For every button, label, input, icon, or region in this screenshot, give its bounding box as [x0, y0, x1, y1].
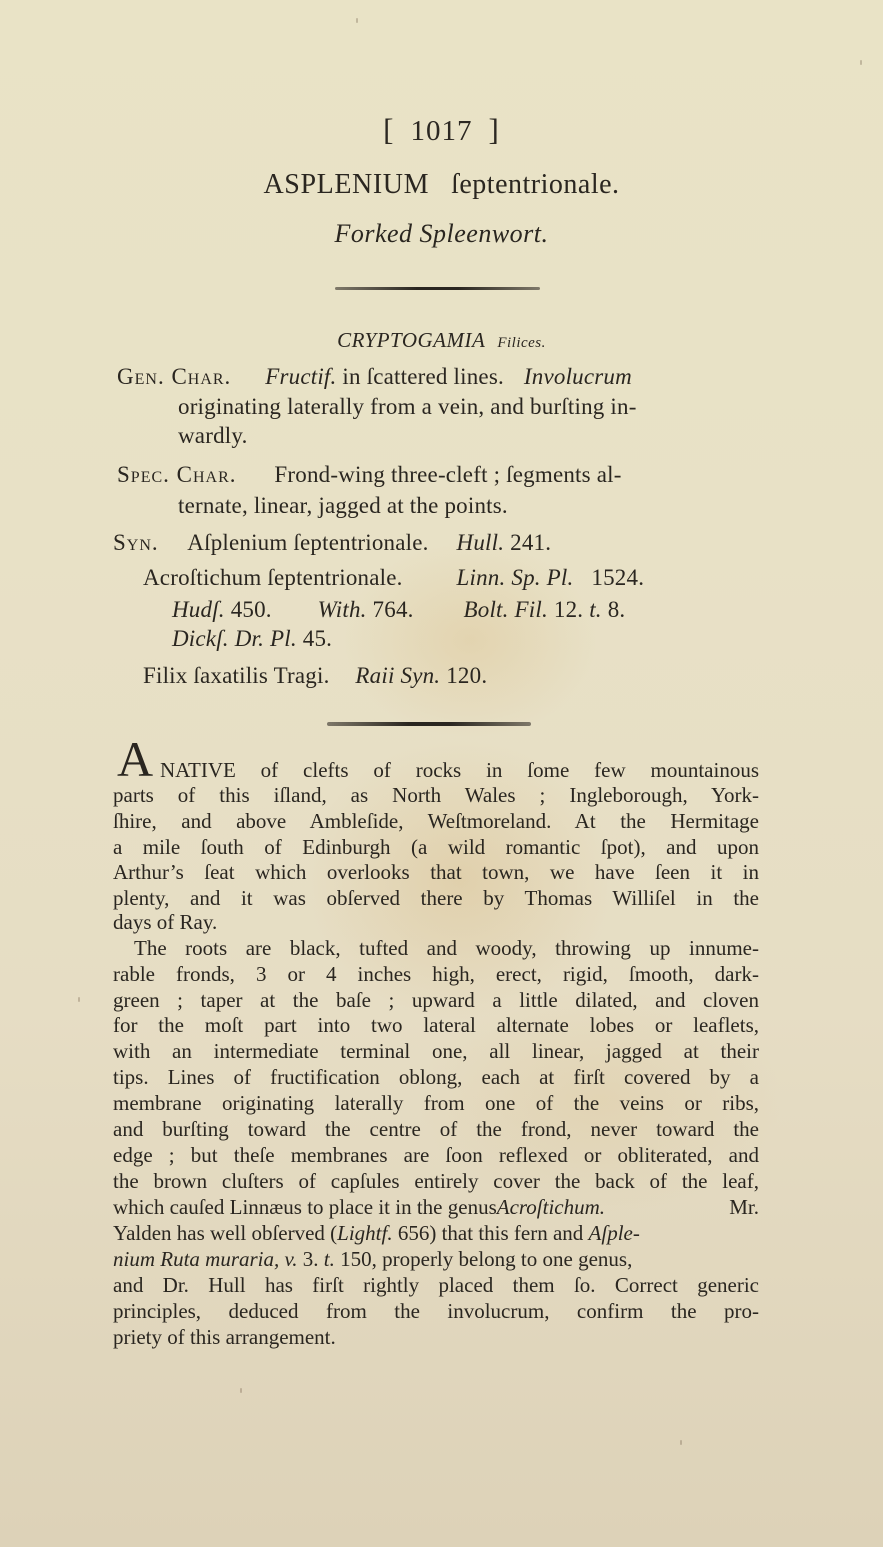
- para2-line-11: which cauſed Linnæus to place it in the …: [113, 1197, 759, 1218]
- common-name: Forked Spleenwort.: [0, 221, 883, 247]
- syn-num: 764.: [373, 597, 414, 622]
- para2-line-10: the brown cluſters of capſules entirely …: [113, 1171, 759, 1192]
- para2-line-15: principles, deduced from the involucrum,…: [113, 1301, 759, 1322]
- cite-lightf: Lightf.: [337, 1221, 392, 1245]
- syn-num: 1524.: [591, 565, 644, 590]
- spec-char-label: Spec. Char.: [117, 462, 237, 487]
- spec-char-line-1: Spec. Char. Frond-wing three-cleft ; ſeg…: [117, 463, 622, 486]
- syn-num: 241.: [510, 530, 551, 555]
- gen-char-text: in ſcattered lines.: [336, 364, 509, 389]
- para1-line-7: days of Ray.: [113, 912, 759, 933]
- syn-label: Syn.: [113, 530, 159, 555]
- page-number: [1017]: [0, 114, 883, 146]
- bracket-close: ]: [489, 112, 500, 147]
- para2-line-7: membrane originating laterally from one …: [113, 1093, 759, 1114]
- gen-char-line-2: originating laterally from a vein, and b…: [178, 395, 637, 418]
- para2-line-6: tips. Lines of fructification oblong, ea…: [113, 1067, 759, 1088]
- gen-char-line-3: wardly.: [178, 424, 248, 447]
- syn-name: Filix ſaxatilis Tragi.: [143, 663, 330, 688]
- syn-cite: Hudſ.: [172, 597, 225, 622]
- class-name: CRYPTOGAMIA: [337, 328, 485, 352]
- ornamental-rule-bottom: [327, 722, 531, 726]
- para2-line-13: nium Ruta muraria, v. 3. t. 150, properl…: [113, 1249, 759, 1270]
- syn-name: Acroſtichum ſeptentrionale.: [143, 565, 403, 590]
- cite-v: v.: [279, 1247, 297, 1271]
- text: Yalden has well obſerved (: [113, 1221, 337, 1245]
- para1-line-5: Arthur’s ſeat which overlooks that town,…: [113, 862, 759, 883]
- syn-line-3: Hudſ. 450. With. 764. Bolt. Fil. 12. t. …: [172, 598, 625, 621]
- book-page: [1017] ASPLENIUMſeptentrionale. Forked S…: [0, 0, 883, 1547]
- genus-acrostichum: Acroſtichum.: [497, 1195, 605, 1219]
- syn-cite: With.: [318, 597, 367, 622]
- syn-num: 12.: [554, 597, 583, 622]
- text: 656) that this fern and: [393, 1221, 589, 1245]
- syn-name: Aſplenium ſeptentrionale.: [187, 530, 428, 555]
- syn-num: 450.: [231, 597, 272, 622]
- drop-cap: A: [117, 734, 153, 784]
- fructif-term: Fructif.: [265, 364, 336, 389]
- para1-line-2: parts of this iſland, as North Wales ; I…: [113, 785, 759, 806]
- page-title: ASPLENIUMſeptentrionale.: [0, 171, 883, 199]
- paper-speck: [680, 1440, 682, 1445]
- syn-cite: Bolt. Fil.: [464, 597, 548, 622]
- gen-char-line-1: Gen. Char. Fructif. in ſcattered lines. …: [117, 365, 632, 388]
- para1-line-6: plenty, and it was obſerved there by Tho…: [113, 888, 759, 909]
- para2-line-16: priety of this arrangement.: [113, 1327, 759, 1348]
- para2-line-14: and Dr. Hull has firſt rightly placed th…: [113, 1275, 759, 1296]
- species-ruta-muraria: nium Ruta muraria,: [113, 1247, 279, 1271]
- ornamental-rule-top: [335, 287, 540, 290]
- syn-line-5: Filix ſaxatilis Tragi. Raii Syn. 120.: [143, 664, 487, 687]
- para2-line-4: for the moſt part into two lateral alter…: [113, 1015, 759, 1036]
- syn-cite: t.: [589, 597, 602, 622]
- syn-cite: Linn. Sp. Pl.: [457, 565, 574, 590]
- bracket-open: [: [383, 112, 394, 147]
- syn-num: 45.: [303, 626, 332, 651]
- syn-num: 8.: [608, 597, 626, 622]
- gen-char-label: Gen. Char.: [117, 364, 231, 389]
- text: Mr.: [729, 1197, 759, 1218]
- spec-char-text: Frond-wing three-cleft ; ſegments al-: [274, 462, 621, 487]
- cite-num: 3.: [298, 1247, 319, 1271]
- para2-line-3: green ; taper at the baſe ; upward a lit…: [113, 990, 759, 1011]
- para2-line-8: and burſting toward the centre of the fr…: [113, 1119, 759, 1140]
- text: properly belong to one genus,: [377, 1247, 632, 1271]
- para2-line-9: edge ; but theſe membranes are ſoon refl…: [113, 1145, 759, 1166]
- spec-char-line-2: ternate, linear, jagged at the points.: [178, 494, 508, 517]
- paper-speck: [240, 1388, 242, 1393]
- paper-speck: [860, 60, 862, 65]
- para1-line-1: NATIVE of clefts of rocks in ſome few mo…: [160, 760, 759, 781]
- genus-name: ASPLENIUM: [263, 169, 429, 200]
- species-asplenium: Aſple-: [589, 1221, 640, 1245]
- involucrum-term: Involucrum: [524, 364, 632, 389]
- syn-line-4: Dickſ. Dr. Pl. 45.: [172, 627, 332, 650]
- text: which cauſed Linnæus to place it in the …: [113, 1195, 497, 1219]
- species-name: ſeptentrionale.: [451, 169, 619, 200]
- syn-cite: Raii Syn.: [355, 663, 440, 688]
- paper-speck: [356, 18, 358, 23]
- syn-cite: Hull.: [457, 530, 505, 555]
- syn-num: 120.: [446, 663, 487, 688]
- cite-t: t.: [319, 1247, 335, 1271]
- cite-num: 150,: [335, 1247, 377, 1271]
- classification: CRYPTOGAMIAFilices.: [0, 330, 883, 351]
- para2-line-2: rable fronds, 3 or 4 inches high, erect,…: [113, 964, 759, 985]
- syn-line-1: Syn. Aſplenium ſeptentrionale. Hull. 241…: [113, 531, 551, 554]
- syn-line-2: Acroſtichum ſeptentrionale. Linn. Sp. Pl…: [143, 566, 644, 589]
- paper-speck: [78, 997, 80, 1002]
- syn-cite: Dickſ. Dr. Pl.: [172, 626, 297, 651]
- page-number-value: 1017: [411, 115, 473, 147]
- para2-line-12: Yalden has well obſerved (Lightf. 656) t…: [113, 1223, 759, 1244]
- para2-line-1: The roots are black, tufted and woody, t…: [134, 938, 759, 959]
- para1-line-4: a mile ſouth of Edinburgh (a wild romant…: [113, 837, 759, 858]
- order-name: Filices.: [497, 335, 546, 351]
- para2-line-5: with an intermediate terminal one, all l…: [113, 1041, 759, 1062]
- para1-line-3: ſhire, and above Ambleſide, Weſtmoreland…: [113, 811, 759, 832]
